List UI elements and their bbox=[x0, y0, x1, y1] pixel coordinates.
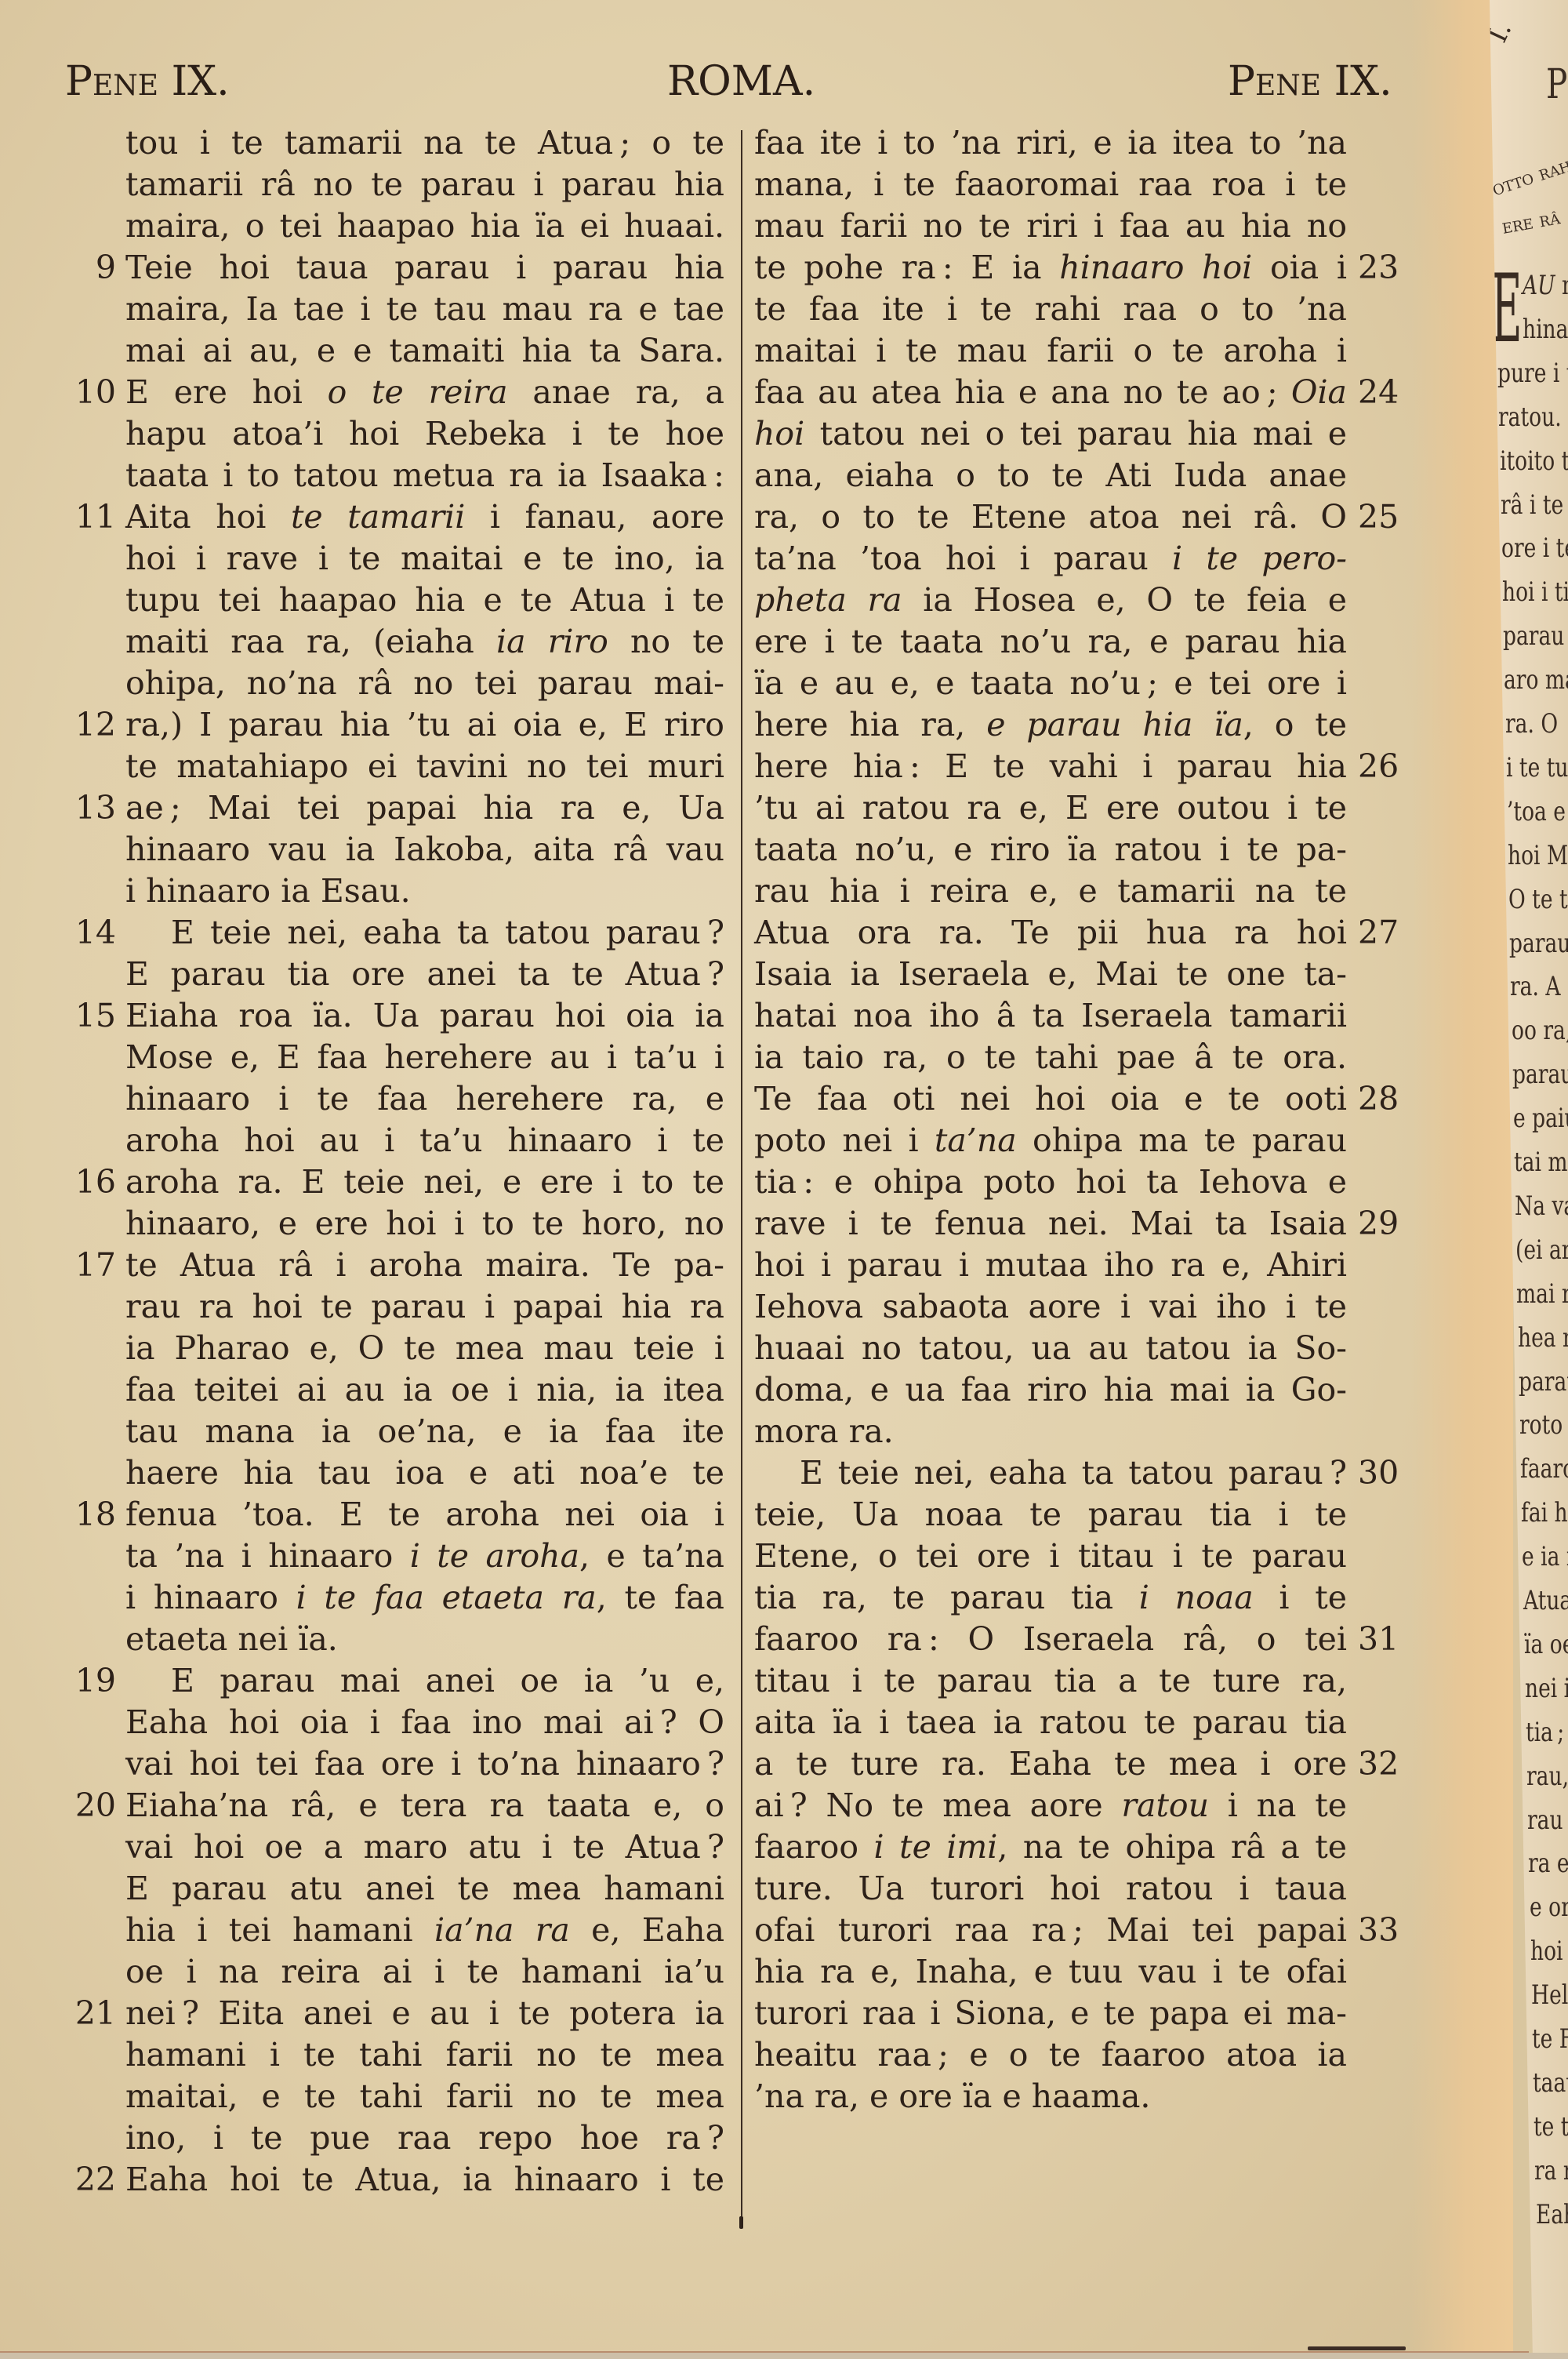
text-line: Iehova sabaota aore i vai iho i te bbox=[754, 1286, 1347, 1328]
text-run: Atua ia bbox=[1523, 1585, 1568, 1616]
italic-text: pheta ra bbox=[754, 581, 902, 619]
line-text: hapu atoa’i hoi Rebeka i te hoe bbox=[125, 415, 724, 453]
text-run: oo ra, te bbox=[1512, 1015, 1568, 1046]
text-run: tatou nei o tei parau hia mai e bbox=[804, 415, 1347, 453]
text-line: Etene, o tei ore i titau i te parau bbox=[754, 1536, 1347, 1577]
text-run: E parau atu anei te mea hamani bbox=[125, 1870, 724, 1907]
text-line: 11Aita hoi te tamarii i fanau, aore bbox=[125, 496, 724, 538]
line-text: hoi i parau i mutaa iho ra e, Ahiri bbox=[754, 1246, 1347, 1284]
line-text: ia taio ra, o te tahi pae â te ora. bbox=[754, 1038, 1347, 1076]
next-page-text-line: roto i to bbox=[1519, 1409, 1568, 1441]
text-line: 29rave i te fenua nei. Mai ta Isaia bbox=[754, 1203, 1347, 1245]
text-run: E teie nei, eaha ta tatou parau ? bbox=[800, 1454, 1347, 1492]
line-text: Eiaha’na râ, e tera ra taata e, o bbox=[125, 1787, 724, 1824]
line-text: ere i te taata no’u ra, e parau hia bbox=[754, 623, 1347, 660]
text-run: e ore bbox=[1530, 1892, 1568, 1923]
text-run: aroha hoi au i ta’u hinaaro i te bbox=[125, 1121, 724, 1159]
line-text: poto nei i ta’na ohipa ma te parau bbox=[754, 1121, 1347, 1159]
text-line: 33ofai turori raa ra ; Mai tei papai bbox=[754, 1910, 1347, 1951]
text-line: Mose e, E faa herehere au i ta’u i bbox=[125, 1037, 724, 1078]
text-line: 12ra,) I parau hia ’tu ai oia e, E riro bbox=[125, 704, 724, 746]
text-line: 17te Atua râ i aroha maira. Te pa- bbox=[125, 1245, 724, 1286]
column-divider bbox=[741, 130, 742, 2229]
text-line: 31faaroo ra : O Iseraela râ, o tei bbox=[754, 1619, 1347, 1660]
next-page-text-line: hoi e I bbox=[1530, 1936, 1568, 1967]
line-text: nei ? Eita anei e au i te potera ia bbox=[125, 1994, 724, 2032]
text-run: aita ïa i taea ia ratou te parau tia bbox=[754, 1703, 1347, 1741]
text-line: rau hia i reira e, e tamarii na te bbox=[754, 871, 1347, 912]
text-line: tupu tei haapao hia e te Atua i te bbox=[125, 580, 724, 621]
line-text: turori raa i Siona, e te papa ei ma- bbox=[754, 1994, 1347, 2032]
line-text: faa teitei ai au ia oe i nia, ia itea bbox=[125, 1371, 724, 1408]
line-text: tou i te tamarii na te Atua ; o te bbox=[125, 124, 724, 162]
next-page-text-line: (ei arat bbox=[1515, 1234, 1568, 1266]
italic-text: ia riro bbox=[496, 623, 608, 660]
line-text: Eaha hoi oia i faa ino mai ai ? O bbox=[125, 1703, 724, 1741]
text-run: , e ta’na bbox=[579, 1537, 724, 1575]
verse-number: 11 bbox=[67, 496, 116, 538]
text-run: hoi i parau i mutaa iho ra e, Ahiri bbox=[754, 1246, 1347, 1284]
next-page-text-line: ra ra, bbox=[1534, 2155, 1568, 2186]
next-page-text-line: parau, bbox=[1509, 928, 1568, 959]
line-text: Isaia ia Iseraela e, Mai te one ta- bbox=[754, 955, 1347, 993]
line-text: hinaaro, e ere hoi i to te horo, no bbox=[125, 1205, 724, 1242]
text-line: mora ra. bbox=[754, 1411, 1347, 1452]
text-line: taata no’u, e riro ïa ratou i te pa- bbox=[754, 829, 1347, 871]
text-run: rau, e i bbox=[1526, 1761, 1568, 1792]
next-page-text-line: ra. A bbox=[1510, 971, 1561, 1002]
text-run: mana, i te faaoromai raa roa i te bbox=[754, 165, 1347, 203]
text-run: ia taio ra, o te tahi pae â te ora. bbox=[754, 1038, 1347, 1076]
text-line: ta ’na i hinaaro i te aroha, e ta’na bbox=[125, 1536, 724, 1577]
text-run: rau ra hoi te parau i papai hia ra bbox=[125, 1288, 724, 1325]
text-line: aroha hoi au i ta’u hinaaro i te bbox=[125, 1120, 724, 1161]
text-run: Te faa oti nei hoi oia e te ooti bbox=[754, 1080, 1347, 1118]
verse-number: 9 bbox=[67, 247, 116, 289]
text-line: Isaia ia Iseraela e, Mai te one ta- bbox=[754, 954, 1347, 995]
italic-text: hinaaro hoi bbox=[1059, 249, 1252, 286]
line-text: ture. Ua turori hoi ratou i taua bbox=[754, 1870, 1347, 1907]
line-text: teie, Ua noaa te parau tia i te bbox=[754, 1496, 1347, 1533]
text-line: E parau atu anei te mea hamani bbox=[125, 1868, 724, 1910]
text-run: tamarii râ no te parau i parau hia bbox=[125, 165, 724, 203]
text-run: E ere hoi bbox=[125, 373, 328, 411]
text-line: hinaaro vau ia Iakoba, aita râ vau bbox=[125, 829, 724, 871]
next-page-heading-line: otto rah bbox=[1490, 150, 1568, 205]
text-line: titau i te parau tia a te ture ra, bbox=[754, 1660, 1347, 1702]
text-run: ’tu ai ratou ra e, E ere outou i te bbox=[754, 789, 1347, 827]
text-run: ïa e au e, e taata no’u ; e tei ore i bbox=[754, 664, 1347, 702]
line-text: faa ite i to ’na riri, e ia itea to ’na bbox=[754, 124, 1347, 162]
text-line: etaeta nei ïa. bbox=[125, 1619, 724, 1660]
line-text: E ere hoi o te reira anae ra, a bbox=[125, 373, 724, 411]
italic-text: AU bbox=[1523, 270, 1555, 301]
next-page-text-line: hinaaro bbox=[1523, 314, 1568, 345]
running-head-chapter: IX. bbox=[1334, 58, 1392, 105]
text-run: faa au atea hia e ana no te ao ; bbox=[754, 373, 1291, 411]
verse-number: 26 bbox=[1358, 746, 1413, 787]
next-page-text-line: ’toa e fa bbox=[1507, 796, 1568, 827]
text-run: hinaaro bbox=[1523, 314, 1568, 345]
text-run: mai ai au, e e tamaiti hia ta Sara. bbox=[125, 332, 724, 369]
text-line: hapu atoa’i hoi Rebeka i te hoe bbox=[125, 413, 724, 455]
text-line: 21nei ? Eita anei e au i te potera ia bbox=[125, 1993, 724, 2034]
left-text-column: tou i te tamarii na te Atua ; o tetamari… bbox=[125, 122, 724, 2201]
text-run: Aita hoi bbox=[125, 498, 291, 536]
text-line: tou i te tamarii na te Atua ; o te bbox=[125, 122, 724, 164]
text-run: oe i na reira ai i te hamani ia’u bbox=[125, 1953, 724, 1990]
next-page-text-line: hea mai bbox=[1518, 1322, 1568, 1354]
verse-number: 23 bbox=[1358, 247, 1413, 289]
running-head-title: ROMA. bbox=[667, 61, 815, 102]
line-text: a te ture ra. Eaha te mea i ore bbox=[754, 1745, 1347, 1783]
text-run: anae ra, a bbox=[508, 373, 724, 411]
text-line: hinaaro, e ere hoi i to te horo, no bbox=[125, 1203, 724, 1245]
verse-number: 24 bbox=[1358, 372, 1413, 413]
verse-number: 33 bbox=[1358, 1910, 1413, 1951]
text-run: turori raa i Siona, e te papa ei ma- bbox=[754, 1994, 1347, 2032]
text-line: faa ite i to ’na riri, e ia itea to ’na bbox=[754, 122, 1347, 164]
verse-number: 27 bbox=[1358, 912, 1413, 954]
next-page-text-line: tai mai bbox=[1514, 1147, 1568, 1178]
text-run: ai ? No te mea aore bbox=[754, 1787, 1121, 1824]
text-line: vai hoi tei faa ore i to’na hinaaro ? bbox=[125, 1743, 724, 1785]
text-line: tamarii râ no te parau i parau hia bbox=[125, 164, 724, 205]
text-line: hoi i rave i te maitai e te ino, ia bbox=[125, 538, 724, 580]
text-run: huaai no tatou, ua au tatou ia So- bbox=[754, 1329, 1347, 1367]
line-text: here hia ra, e parau hia ïa, o te bbox=[754, 706, 1347, 743]
text-run: Eaha hoi oia i faa ino mai ai ? O bbox=[125, 1703, 724, 1741]
text-run: ra ra, bbox=[1534, 2155, 1568, 2186]
italic-text: ratou bbox=[1121, 1787, 1209, 1824]
verse-number: 17 bbox=[67, 1245, 116, 1286]
verse-number: 22 bbox=[67, 2159, 116, 2201]
text-run: tia : e ohipa poto hoi ta Iehova e bbox=[754, 1163, 1347, 1201]
text-line: ere i te taata no’u ra, e parau hia bbox=[754, 621, 1347, 663]
verse-number: 25 bbox=[1358, 496, 1413, 538]
text-run: ture. Ua turori hoi ratou i taua bbox=[754, 1870, 1347, 1907]
line-text: titau i te parau tia a te ture ra, bbox=[754, 1662, 1347, 1699]
next-page-text-line: ore i te p bbox=[1501, 533, 1568, 564]
text-run: haere hia tau ioa e ati noa’e te bbox=[125, 1454, 724, 1492]
next-page-text-line: AU mau bbox=[1523, 270, 1568, 301]
text-line: poto nei i ta’na ohipa ma te parau bbox=[754, 1120, 1347, 1161]
text-line: hamani i te tahi farii no te mea bbox=[125, 2034, 724, 2076]
text-run: no te bbox=[608, 623, 724, 660]
text-line: maitai, e te tahi farii no te mea bbox=[125, 2076, 724, 2117]
text-run: titau i te parau tia a te ture ra, bbox=[754, 1662, 1347, 1699]
text-run: E parau tia ore anei ta te Atua ? bbox=[125, 955, 724, 993]
next-page-text-line: Na vai e bbox=[1515, 1190, 1568, 1222]
text-line: tia : e ohipa poto hoi ta Iehova e bbox=[754, 1161, 1347, 1203]
text-run: Isaia ia Iseraela e, Mai te one ta- bbox=[754, 955, 1347, 993]
line-text: hia i tei hamani ia’na ra e, Eaha bbox=[125, 1911, 724, 1949]
line-text: ta’na ’toa hoi i parau i te pero- bbox=[754, 540, 1347, 577]
next-page-heading-line: ere râ bbox=[1500, 202, 1563, 242]
line-text: Eaha hoi te Atua, ia hinaaro i te bbox=[125, 2161, 724, 2198]
text-line: faaroo i te imi, na te ohipa râ a te bbox=[754, 1826, 1347, 1868]
text-run: heaitu raa ; e o te faaroo atoa ia bbox=[754, 2036, 1347, 2074]
text-run: ’toa e fa bbox=[1507, 796, 1568, 827]
italic-text: e parau hia ïa bbox=[986, 706, 1243, 743]
text-run: E teie nei, eaha ta tatou parau ? bbox=[171, 914, 724, 951]
text-run: rau hia i reira e, e tamarii na te bbox=[754, 872, 1347, 910]
verse-number: 19 bbox=[67, 1660, 116, 1702]
background-strip bbox=[0, 2353, 1568, 2359]
line-text: ae ; Mai tei papai hia ra e, Ua bbox=[125, 789, 724, 827]
italic-text: o te reira bbox=[328, 373, 508, 411]
text-run: O te taa bbox=[1508, 884, 1568, 915]
line-text: huaai no tatou, ua au tatou ia So- bbox=[754, 1329, 1347, 1367]
text-line: 27Atua ora ra. Te pii hua ra hoi bbox=[754, 912, 1347, 954]
next-page-text-line: te Fatu bbox=[1532, 2023, 1568, 2055]
line-text: ino, i te pue raa repo hoe ra ? bbox=[125, 2119, 724, 2157]
line-text: Iehova sabaota aore i vai iho i te bbox=[754, 1288, 1347, 1325]
line-text: mana, i te faaoromai raa roa i te bbox=[754, 165, 1347, 203]
text-line: faa teitei ai au ia oe i nia, ia itea bbox=[125, 1369, 724, 1411]
line-text: maiti raa ra, (eiaha ia riro no te bbox=[125, 623, 724, 660]
text-line: 26here hia : E te vahi i parau hia bbox=[754, 746, 1347, 787]
text-line: 19E parau mai anei oe ia ’u e, bbox=[125, 1660, 724, 1702]
text-run: Na vai e bbox=[1515, 1190, 1568, 1222]
line-text: hamani i te tahi farii no te mea bbox=[125, 2036, 724, 2074]
line-text: E parau mai anei oe ia ’u e, bbox=[171, 1662, 724, 1699]
text-line: 20Eiaha’na râ, e tera ra taata e, o bbox=[125, 1785, 724, 1826]
verse-number: 14 bbox=[67, 912, 116, 954]
line-text: heaitu raa ; e o te faaroo atoa ia bbox=[754, 2036, 1347, 2074]
text-run: Eaha hoi te Atua, ia hinaaro i te bbox=[125, 2161, 724, 2198]
next-page-text-line: pure i te bbox=[1497, 358, 1568, 389]
text-line: doma, e ua faa riro hia mai ia Go- bbox=[754, 1369, 1347, 1411]
text-line: ïa e au e, e taata no’u ; e tei ore i bbox=[754, 663, 1347, 704]
line-text: mai ai au, e e tamaiti hia ta Sara. bbox=[125, 332, 724, 369]
text-run: te pohe ra : E ia bbox=[754, 249, 1059, 286]
text-run: maitai i te mau farii o te aroha i bbox=[754, 332, 1347, 369]
text-run: fenua ’toa. E te aroha nei oia i bbox=[125, 1496, 724, 1533]
text-run: tia ; o bbox=[1526, 1717, 1568, 1748]
text-line: ino, i te pue raa repo hoe ra ? bbox=[125, 2117, 724, 2159]
text-run: parau i bbox=[1512, 1059, 1568, 1090]
ink-mark bbox=[1308, 2346, 1406, 2350]
verse-number: 28 bbox=[1358, 1078, 1413, 1120]
text-line: pheta ra ia Hosea e, O te feia e bbox=[754, 580, 1347, 621]
text-run: tou i te tamarii na te Atua ; o te bbox=[125, 124, 724, 162]
line-text: ana, eiaha o to te Ati Iuda anae bbox=[754, 456, 1347, 494]
text-run: parau, bbox=[1509, 928, 1568, 959]
text-run: Mose e, E faa herehere au i ta’u i bbox=[125, 1038, 724, 1076]
text-line: i hinaaro i te faa etaeta ra, te faa bbox=[125, 1577, 724, 1619]
italic-text: i te pero- bbox=[1172, 540, 1347, 577]
italic-text: i te faa etaeta ra bbox=[296, 1579, 597, 1616]
text-run: tupu tei haapao hia e te Atua i te bbox=[125, 581, 724, 619]
text-line: 14E teie nei, eaha ta tatou parau ? bbox=[125, 912, 724, 954]
text-line: 15Eiaha roa ïa. Ua parau hoi oia ia bbox=[125, 995, 724, 1037]
text-run: te Fatu bbox=[1532, 2023, 1568, 2055]
line-text: ’na ra, e ore ïa e haama. bbox=[754, 2077, 1150, 2115]
line-text: pheta ra ia Hosea e, O te feia e bbox=[754, 581, 1347, 619]
text-run: taata i to tatou metua ra ia Isaaka : bbox=[125, 456, 724, 494]
line-text: te pohe ra : E ia hinaaro hoi oia i bbox=[754, 249, 1347, 286]
text-run: tau mana ia oe’na, e ia faa ite bbox=[125, 1412, 724, 1450]
text-line: tau mana ia oe’na, e ia faa ite bbox=[125, 1411, 724, 1452]
line-text: hinaaro vau ia Iakoba, aita râ vau bbox=[125, 831, 724, 868]
text-run: pure i te bbox=[1497, 358, 1568, 389]
line-text: Aita hoi te tamarii i fanau, aore bbox=[125, 498, 724, 536]
text-run: , na te ohipa râ a te bbox=[997, 1828, 1347, 1866]
text-run: ana, eiaha o to te Ati Iuda anae bbox=[754, 456, 1347, 494]
next-page-text-line: e ia f bbox=[1522, 1541, 1568, 1572]
line-text: Etene, o tei ore i titau i te parau bbox=[754, 1537, 1347, 1575]
text-run: hinaaro vau ia Iakoba, aita râ vau bbox=[125, 831, 724, 868]
next-page-text-line: mai roto bbox=[1516, 1278, 1568, 1310]
next-page-title-initial: P bbox=[1546, 69, 1567, 100]
text-run: Eiaha roa ïa. Ua parau hoi oia ia bbox=[125, 997, 724, 1034]
text-run: mai roto bbox=[1516, 1278, 1568, 1310]
text-line: Eaha hoi oia i faa ino mai ai ? O bbox=[125, 1702, 724, 1743]
right-text-column: faa ite i to ’na riri, e ia itea to ’nam… bbox=[754, 122, 1347, 2117]
line-text: taata no’u, e riro ïa ratou i te pa- bbox=[754, 831, 1347, 868]
verse-number: 13 bbox=[67, 787, 116, 829]
line-text: tamarii râ no te parau i parau hia bbox=[125, 165, 724, 203]
text-run: i hinaaro bbox=[125, 1579, 296, 1616]
text-run: poto nei i bbox=[754, 1121, 935, 1159]
line-text: tupu tei haapao hia e te Atua i te bbox=[125, 581, 724, 619]
next-page-text-line: râ i te ito bbox=[1501, 489, 1568, 521]
next-page-text-line: ra e, bbox=[1528, 1848, 1568, 1879]
text-line: haere hia tau ioa e ati noa’e te bbox=[125, 1452, 724, 1494]
text-run: i fanau, aore bbox=[465, 498, 724, 536]
line-text: Mose e, E faa herehere au i ta’u i bbox=[125, 1038, 724, 1076]
text-line: mana, i te faaoromai raa roa i te bbox=[754, 164, 1347, 205]
text-line: turori raa i Siona, e te papa ei ma- bbox=[754, 1993, 1347, 2034]
text-run: faaroo bbox=[1520, 1453, 1568, 1485]
text-run: e paiun bbox=[1513, 1103, 1568, 1134]
text-run: rau mai bbox=[1527, 1805, 1568, 1836]
italic-text: ia’na ra bbox=[434, 1911, 570, 1949]
next-page-text-line: oo ra, te bbox=[1512, 1015, 1568, 1046]
text-run: hatai noa iho â ta Iseraela tamarii bbox=[754, 997, 1347, 1034]
text-run: te tiao bbox=[1534, 2111, 1568, 2143]
line-text: Atua ora ra. Te pii hua ra hoi bbox=[754, 914, 1347, 951]
text-run: ohipa ma te parau bbox=[1017, 1121, 1347, 1159]
text-run: Etene, o tei ore i titau i te parau bbox=[754, 1537, 1347, 1575]
italic-text: ta’na bbox=[935, 1121, 1017, 1159]
line-text: ra,) I parau hia ’tu ai oia e, E riro bbox=[125, 706, 724, 743]
text-run: parau ia bbox=[1519, 1366, 1568, 1398]
line-text: tau mana ia oe’na, e ia faa ite bbox=[125, 1412, 724, 1450]
line-text: hatai noa iho â ta Iseraela tamarii bbox=[754, 997, 1347, 1034]
verse-number: 10 bbox=[67, 372, 116, 413]
line-text: mora ra. bbox=[754, 1412, 894, 1450]
line-text: maitai, e te tahi farii no te mea bbox=[125, 2077, 724, 2115]
text-run: faaroo bbox=[754, 1828, 874, 1866]
text-run: itoito to r bbox=[1500, 445, 1568, 477]
text-line: rau ra hoi te parau i papai hia ra bbox=[125, 1286, 724, 1328]
line-text: faa au atea hia e ana no te ao ; Oia bbox=[754, 373, 1347, 411]
text-run: râ i te bbox=[1501, 489, 1568, 521]
text-line: E parau tia ore anei ta te Atua ? bbox=[125, 954, 724, 995]
text-run: faa ite i to ’na riri, e ia itea to ’na bbox=[754, 124, 1347, 162]
text-line: maira, Ia tae i te tau mau ra e tae bbox=[125, 289, 724, 330]
text-run: tia ra, te parau tia bbox=[754, 1579, 1139, 1616]
text-line: hinaaro i te faa herehere ra, e bbox=[125, 1078, 724, 1120]
line-text: faaroo ra : O Iseraela râ, o tei bbox=[754, 1620, 1347, 1658]
next-page-text-line: e paiun bbox=[1513, 1103, 1568, 1134]
text-line: taata i to tatou metua ra ia Isaaka : bbox=[125, 455, 724, 496]
text-run: ere i te taata no’u ra, e parau hia bbox=[754, 623, 1347, 660]
text-run: ra,) I parau hia ’tu ai oia e, E riro bbox=[125, 706, 724, 743]
text-run: faa teitei ai au ia oe i nia, ia itea bbox=[125, 1371, 724, 1408]
text-run: Iehova sabaota aore i vai iho i te bbox=[754, 1288, 1347, 1325]
text-run: te faa ite i te rahi raa o to ’na bbox=[754, 290, 1347, 328]
text-line: 16aroha ra. E teie nei, e ere i to te bbox=[125, 1161, 724, 1203]
running-head-chapter: IX. bbox=[172, 58, 230, 105]
text-run: ra, o to te Etene atoa nei râ. O bbox=[754, 498, 1347, 536]
text-run: hoi i rave i te maitai e te ino, ia bbox=[125, 540, 724, 577]
text-run: mora ra. bbox=[754, 1412, 894, 1450]
text-run: hapu atoa’i hoi Rebeka i te hoe bbox=[125, 415, 724, 453]
text-line: maiti raa ra, (eiaha ia riro no te bbox=[125, 621, 724, 663]
verse-number: 12 bbox=[67, 704, 116, 746]
text-run: maiti raa ra, (eiaha bbox=[125, 623, 496, 660]
italic-text: Oia bbox=[1291, 373, 1347, 411]
text-run: faaroo ra : O Iseraela râ, o tei bbox=[754, 1620, 1347, 1658]
text-run: tai mai bbox=[1514, 1147, 1568, 1178]
text-run: aro maite bbox=[1504, 664, 1568, 696]
text-line: 18fenua ’toa. E te aroha nei oia i bbox=[125, 1494, 724, 1536]
text-run: ïa oe. bbox=[1524, 1629, 1568, 1660]
text-run: oia i bbox=[1252, 249, 1347, 286]
text-line: oe i na reira ai i te hamani ia’u bbox=[125, 1951, 724, 1993]
line-text: E teie nei, eaha ta tatou parau ? bbox=[171, 914, 724, 951]
text-run: a te ture ra. Eaha te mea i ore bbox=[754, 1745, 1347, 1783]
text-run: here hia ra, bbox=[754, 706, 986, 743]
line-text: te Atua râ i aroha maira. Te pa- bbox=[125, 1246, 724, 1284]
next-page-text-line: e ore bbox=[1530, 1892, 1568, 1923]
next-page-text-line: faaroo bbox=[1520, 1453, 1568, 1485]
verse-number: 30 bbox=[1358, 1452, 1413, 1494]
next-page-text-line: hoi Mos bbox=[1508, 840, 1568, 871]
text-run: maitai, e te tahi farii no te mea bbox=[125, 2077, 724, 2115]
line-text: etaeta nei ïa. bbox=[125, 1620, 338, 1658]
line-text: oe i na reira ai i te hamani ia’u bbox=[125, 1953, 724, 1990]
line-text: Eiaha roa ïa. Ua parau hoi oia ia bbox=[125, 997, 724, 1034]
text-run: hinaaro, e ere hoi i to te horo, no bbox=[125, 1205, 724, 1242]
text-line: te faa ite i te rahi raa o to ’na bbox=[754, 289, 1347, 330]
next-page-text-line: parau i bbox=[1512, 1059, 1568, 1090]
text-line: te matahiapo ei tavini no tei muri bbox=[125, 746, 724, 787]
text-line: mai ai au, e e tamaiti hia ta Sara. bbox=[125, 330, 724, 372]
line-text: maira, Ia tae i te tau mau ra e tae bbox=[125, 290, 724, 328]
next-page-text-line: itoito to r bbox=[1500, 445, 1568, 477]
text-run: i na te bbox=[1209, 1787, 1347, 1824]
column-divider-end bbox=[739, 2216, 743, 2229]
line-text: ai ? No te mea aore ratou i na te bbox=[754, 1787, 1347, 1824]
next-page-text-line: nei i faa bbox=[1525, 1673, 1568, 1704]
text-run: ra. O bbox=[1505, 708, 1558, 740]
text-run: fai hoi t bbox=[1521, 1497, 1568, 1528]
text-run: ofai turori raa ra ; Mai tei papai bbox=[754, 1911, 1347, 1949]
next-page-text-line: te tiao bbox=[1534, 2111, 1568, 2143]
verse-number: 29 bbox=[1358, 1203, 1413, 1245]
line-text: rave i te fenua nei. Mai ta Isaia bbox=[754, 1205, 1347, 1242]
line-text: faaroo i te imi, na te ohipa râ a te bbox=[754, 1828, 1347, 1866]
text-line: hoi tatou nei o tei parau hia mai e bbox=[754, 413, 1347, 455]
text-run: ino, i te pue raa repo hoe ra ? bbox=[125, 2119, 724, 2157]
text-run: hia i tei hamani bbox=[125, 1911, 434, 1949]
line-text: tia : e ohipa poto hoi ta Iehova e bbox=[754, 1163, 1347, 1201]
next-page-text-line: ratou. O bbox=[1498, 402, 1568, 433]
